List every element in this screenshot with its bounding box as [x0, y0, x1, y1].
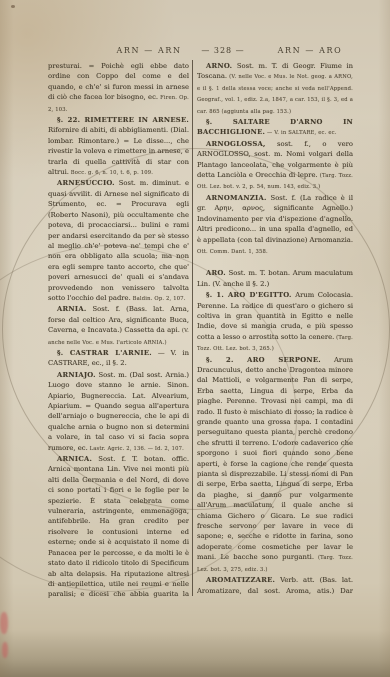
entry-text: Sost. m. diminut. e quasi avvilit. di Ar… [48, 179, 189, 301]
entry-aro-serpone: §. 2. ARO SERPONE. Arum Dracunculus, det… [197, 355, 353, 576]
entry-citation: (V. nelle Voc. e Mus. le Not. geog. a AR… [197, 74, 353, 114]
running-head-left: ARN — ARN [104, 46, 194, 55]
entry-text: Arum Dracunculus, detto anche Dragontea … [197, 356, 353, 562]
entry-castrar-larnie: §. CASTRAR L'ARNIE. — V. in CASTRARE, ec… [48, 348, 189, 370]
entry-continuation-arnese: presturai. = Poichè egli ebbe dato ordin… [48, 61, 189, 115]
entry-aromatizzare: AROMATIZZARE. Verb. att. (Bas. lat. Arom… [197, 575, 353, 598]
entry-citation: Lastr. Agric. 2, 136. — Id. 2, 107. [88, 446, 184, 452]
entry-aro-degitto: §. 1. ARO D'EGITTO. Arum Colocasia. Pere… [197, 290, 353, 354]
entry-arnica: ARNICA. Sost. f. T. botan. offic. Arnica… [48, 454, 189, 598]
entry-headword: ARNOGLOSSA, [206, 140, 266, 148]
entry-headword: §. 1. ARO D'EGITTO. [206, 291, 292, 299]
entry-headword: ARNIA. [57, 305, 86, 313]
entry-arniajo: ARNIAJO. Sost. m. (Dal sost. Arnia.) Luo… [48, 370, 189, 454]
red-mark-2 [2, 642, 8, 658]
entry-headword: ARNESUCCIO. [57, 179, 115, 187]
entry-headword: ARO. [206, 269, 226, 277]
entry-citation: Bocc. g. 6, n. 10, t. 6, p. 109. [69, 170, 153, 176]
entry-headword: §. CASTRAR L'ARNIE. [57, 349, 152, 357]
page-number: — 328 — [186, 46, 260, 55]
entry-citation: — V. in SALTARE, ec. ec. [265, 130, 336, 136]
entry-headword: AROMATIZZARE. [206, 576, 275, 584]
running-head: ARN — ARN — 328 — ARN — ARO [0, 46, 390, 58]
entry-headword: ARNIAJO. [57, 371, 96, 379]
running-head-right: ARN — ARO [262, 46, 358, 55]
scanned-dictionary-page: ARN — ARN — 328 — ARN — ARO presturai. =… [0, 0, 390, 677]
entry-arnia: ARNIA. Sost. f. (Bass. lat. Arna, forse … [48, 304, 189, 348]
entry-saltare-darno: §. SALTARE D'ARNO IN BACCHIGLIONE. — V. … [197, 117, 353, 139]
entry-arnoglossa: ARNOGLOSSA, sost. f., o vero ARNOGLOSSO,… [197, 139, 353, 193]
entry-arnesuccio: ARNESUCCIO. Sost. m. diminut. e quasi av… [48, 178, 189, 304]
entry-text: Rifornire di abiti, di abbigliamenti. (D… [48, 126, 189, 176]
entry-headword: ARNICA. [57, 455, 92, 463]
ink-speck [11, 5, 15, 8]
red-mark-1 [0, 612, 8, 634]
entry-text: Sost. m. (Dal sost. Arnia.) Luogo dove s… [48, 371, 189, 452]
entry-headword: §. 2. ARO SERPONE. [206, 356, 321, 364]
entry-arnomanzia: ARNOMANZIA. Sost. f. (La radice è il gr.… [197, 193, 353, 257]
left-column: presturai. = Poichè egli ebbe dato ordin… [48, 61, 189, 598]
entry-headword: §. 22. RIMETTERE IN ARNESE. [57, 116, 189, 124]
entry-headword: ARNOMANZIA. [206, 194, 267, 202]
entry-citation: Ott. Comm. Dant. 1, 358. [197, 249, 268, 255]
entry-aro: ARO. Sost. m. T. botan. Arum maculatum L… [197, 268, 353, 290]
entry-headword: ARNO. [206, 62, 232, 70]
entry-arno: ARNO. Sost. m. T. di Geogr. Fiume in Tos… [197, 61, 353, 117]
entry-rimettere-in-arnese: §. 22. RIMETTERE IN ARNESE. Rifornire di… [48, 115, 189, 178]
entry-text: Sost. f. T. botan. offic. Arnica montana… [48, 455, 189, 598]
right-column: ARNO. Sost. m. T. di Geogr. Fiume in Tos… [197, 61, 353, 598]
column-divider [192, 60, 193, 596]
entry-citation: Baldin. Op. 2, 107. [131, 296, 186, 302]
